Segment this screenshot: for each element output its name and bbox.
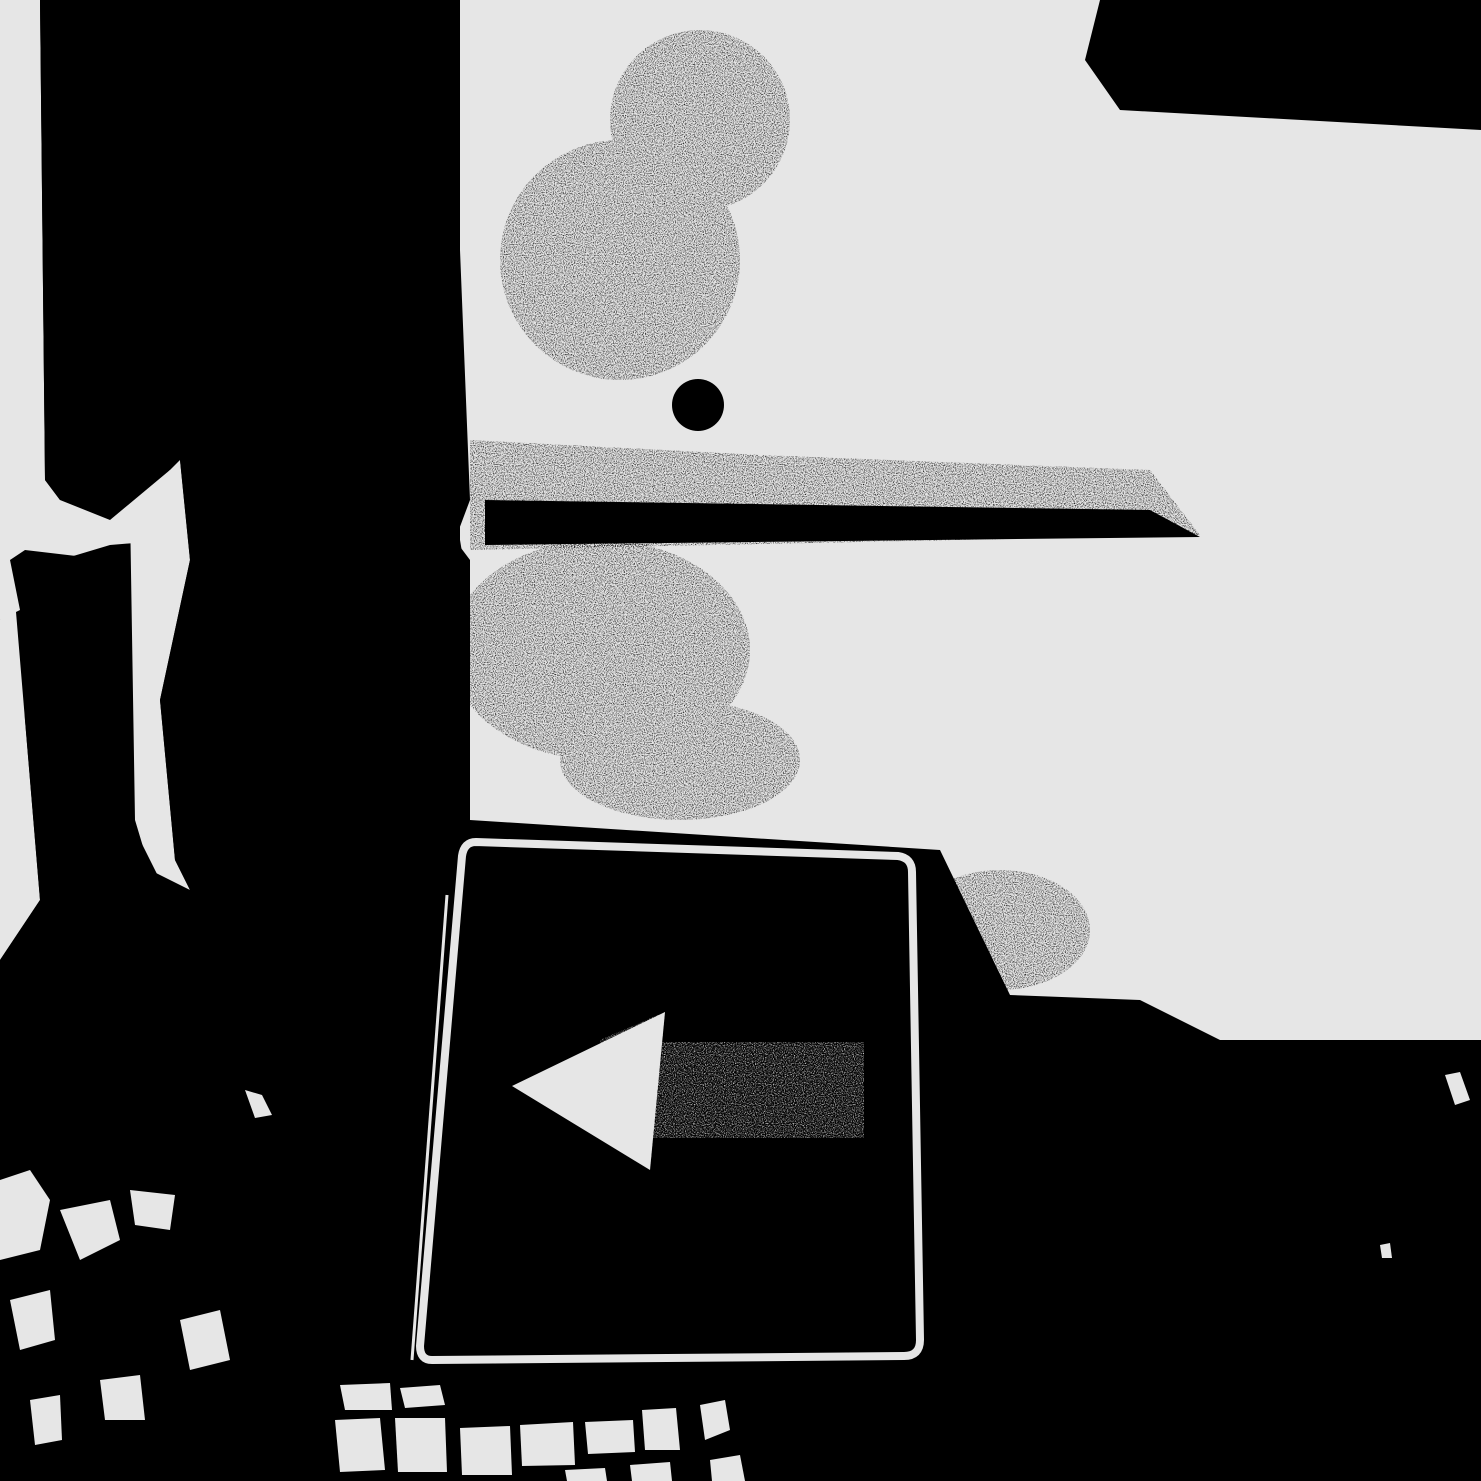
wall-hole [672,379,724,431]
street-scene-photo [0,0,1481,1481]
directional-sign [405,842,940,1375]
ground-right [850,1040,1481,1481]
